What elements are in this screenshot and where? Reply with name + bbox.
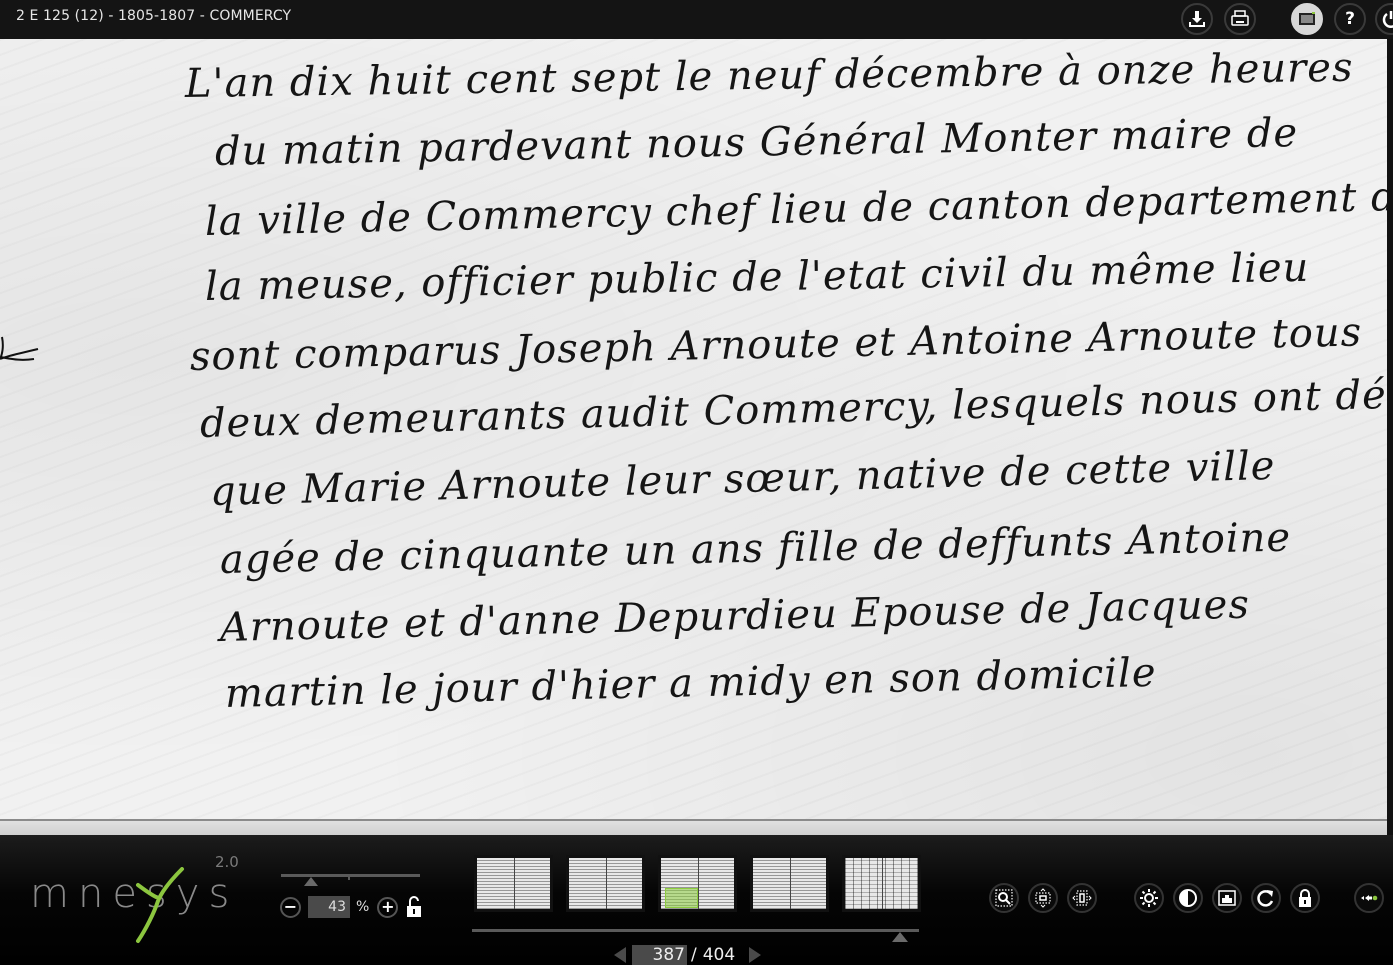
handwritten-line: L'an dix huit cent sept le neuf décembre…: [185, 45, 1354, 107]
thumbnail-image: [569, 858, 642, 909]
print-icon: [1230, 9, 1250, 29]
zoom-area-button[interactable]: [989, 883, 1019, 913]
document-page: L'an dix huit cent sept le neuf décembre…: [0, 39, 1388, 834]
minus-icon: −: [284, 899, 297, 915]
handwritten-line: agée de cinquante un ans fille de deffun…: [220, 515, 1292, 583]
thumbnail-strip: [474, 855, 921, 912]
screen-icon: [1297, 9, 1317, 29]
viewer-edge: [1387, 39, 1393, 835]
lock-icon: [1295, 888, 1315, 908]
document-viewer[interactable]: L'an dix huit cent sept le neuf décembre…: [0, 39, 1393, 835]
contrast-icon: [1178, 888, 1198, 908]
page-slider[interactable]: [472, 929, 919, 932]
invert-icon: [1217, 888, 1237, 908]
next-page-button[interactable]: [749, 947, 761, 963]
zoom-slider-handle[interactable]: [304, 877, 318, 886]
fit-height-button[interactable]: [1028, 883, 1058, 913]
top-bar: 2 E 125 (12) - 1805-1807 - COMMERCY ?: [0, 0, 1393, 39]
page-thumbnail[interactable]: [566, 855, 645, 912]
thumbnail-image: [845, 858, 918, 909]
help-button[interactable]: ?: [1334, 3, 1366, 35]
zoom-slider-tick: [348, 874, 350, 880]
rotate-button[interactable]: [1251, 883, 1281, 913]
download-button[interactable]: [1181, 3, 1213, 35]
page-thumbnail[interactable]: [750, 855, 829, 912]
page-total: 404: [703, 945, 735, 965]
page-separator: /: [691, 945, 697, 965]
previous-page-button[interactable]: [614, 947, 626, 963]
thumbnail-image: [753, 858, 826, 909]
download-icon: [1187, 9, 1207, 29]
rotate-icon: [1256, 888, 1276, 908]
zoom-slider[interactable]: [281, 874, 420, 877]
power-button[interactable]: [1375, 3, 1393, 35]
handwritten-line: la ville de Commercy chef lieu de canton…: [205, 174, 1393, 245]
brightness-icon: [1139, 888, 1159, 908]
zoom-unit: %: [356, 899, 369, 915]
handwritten-line: du matin pardevant nous Général Monter m…: [215, 110, 1299, 175]
viewport-highlight[interactable]: [665, 888, 698, 908]
arrow-left-dot-icon: [1359, 888, 1379, 908]
bottom-toolbar: mnesys 2.0 − % + /: [0, 835, 1393, 965]
unlock-icon[interactable]: [406, 896, 422, 918]
handwritten-line: Arnoute et d'anne Depurdieu Epouse de Ja…: [219, 582, 1250, 651]
page-edge: [0, 819, 1388, 835]
lock-button[interactable]: [1290, 883, 1320, 913]
logo-y-icon: [130, 867, 190, 945]
contrast-button[interactable]: [1173, 883, 1203, 913]
fullscreen-button[interactable]: [1291, 3, 1323, 35]
handwritten-line: que Marie Arnoute leur sœur, native de c…: [209, 443, 1276, 515]
invert-button[interactable]: [1212, 883, 1242, 913]
logo-version: 2.0: [215, 853, 239, 871]
help-icon: ?: [1345, 9, 1355, 29]
zoom-in-button[interactable]: +: [377, 897, 398, 918]
page-thumbnail[interactable]: [842, 855, 921, 912]
handwritten-line: sont comparus Joseph Arnoute et Antoine …: [190, 309, 1363, 380]
page-thumbnail-current[interactable]: [658, 855, 737, 912]
zoom-area-icon: [994, 888, 1014, 908]
brightness-button[interactable]: [1134, 883, 1164, 913]
page-number-input[interactable]: [632, 945, 687, 965]
page-navigation: / 404: [614, 945, 761, 965]
zoom-controls: − % +: [280, 895, 422, 919]
plus-icon: +: [381, 899, 394, 915]
thumbnail-image: [477, 858, 550, 909]
margin-mark: [0, 329, 40, 369]
handwritten-line: martin le jour d'hier a midy en son domi…: [224, 650, 1156, 717]
page-thumbnail[interactable]: [474, 855, 553, 912]
power-icon: [1381, 9, 1393, 29]
mnesys-logo: mnesys 2.0: [30, 865, 210, 945]
fit-width-button[interactable]: [1067, 883, 1097, 913]
zoom-input[interactable]: [308, 896, 350, 918]
fit-width-icon: [1072, 888, 1092, 908]
document-title: 2 E 125 (12) - 1805-1807 - COMMERCY: [16, 8, 291, 24]
zoom-out-button[interactable]: −: [280, 897, 301, 918]
fit-height-icon: [1033, 888, 1053, 908]
print-button[interactable]: [1224, 3, 1256, 35]
collapse-panel-button[interactable]: [1354, 883, 1384, 913]
handwritten-line: la meuse, officier public de l'etat civi…: [205, 245, 1310, 310]
page-slider-handle[interactable]: [892, 932, 908, 942]
handwritten-line: deux demeurants audit Commercy, lesquels…: [199, 369, 1393, 447]
